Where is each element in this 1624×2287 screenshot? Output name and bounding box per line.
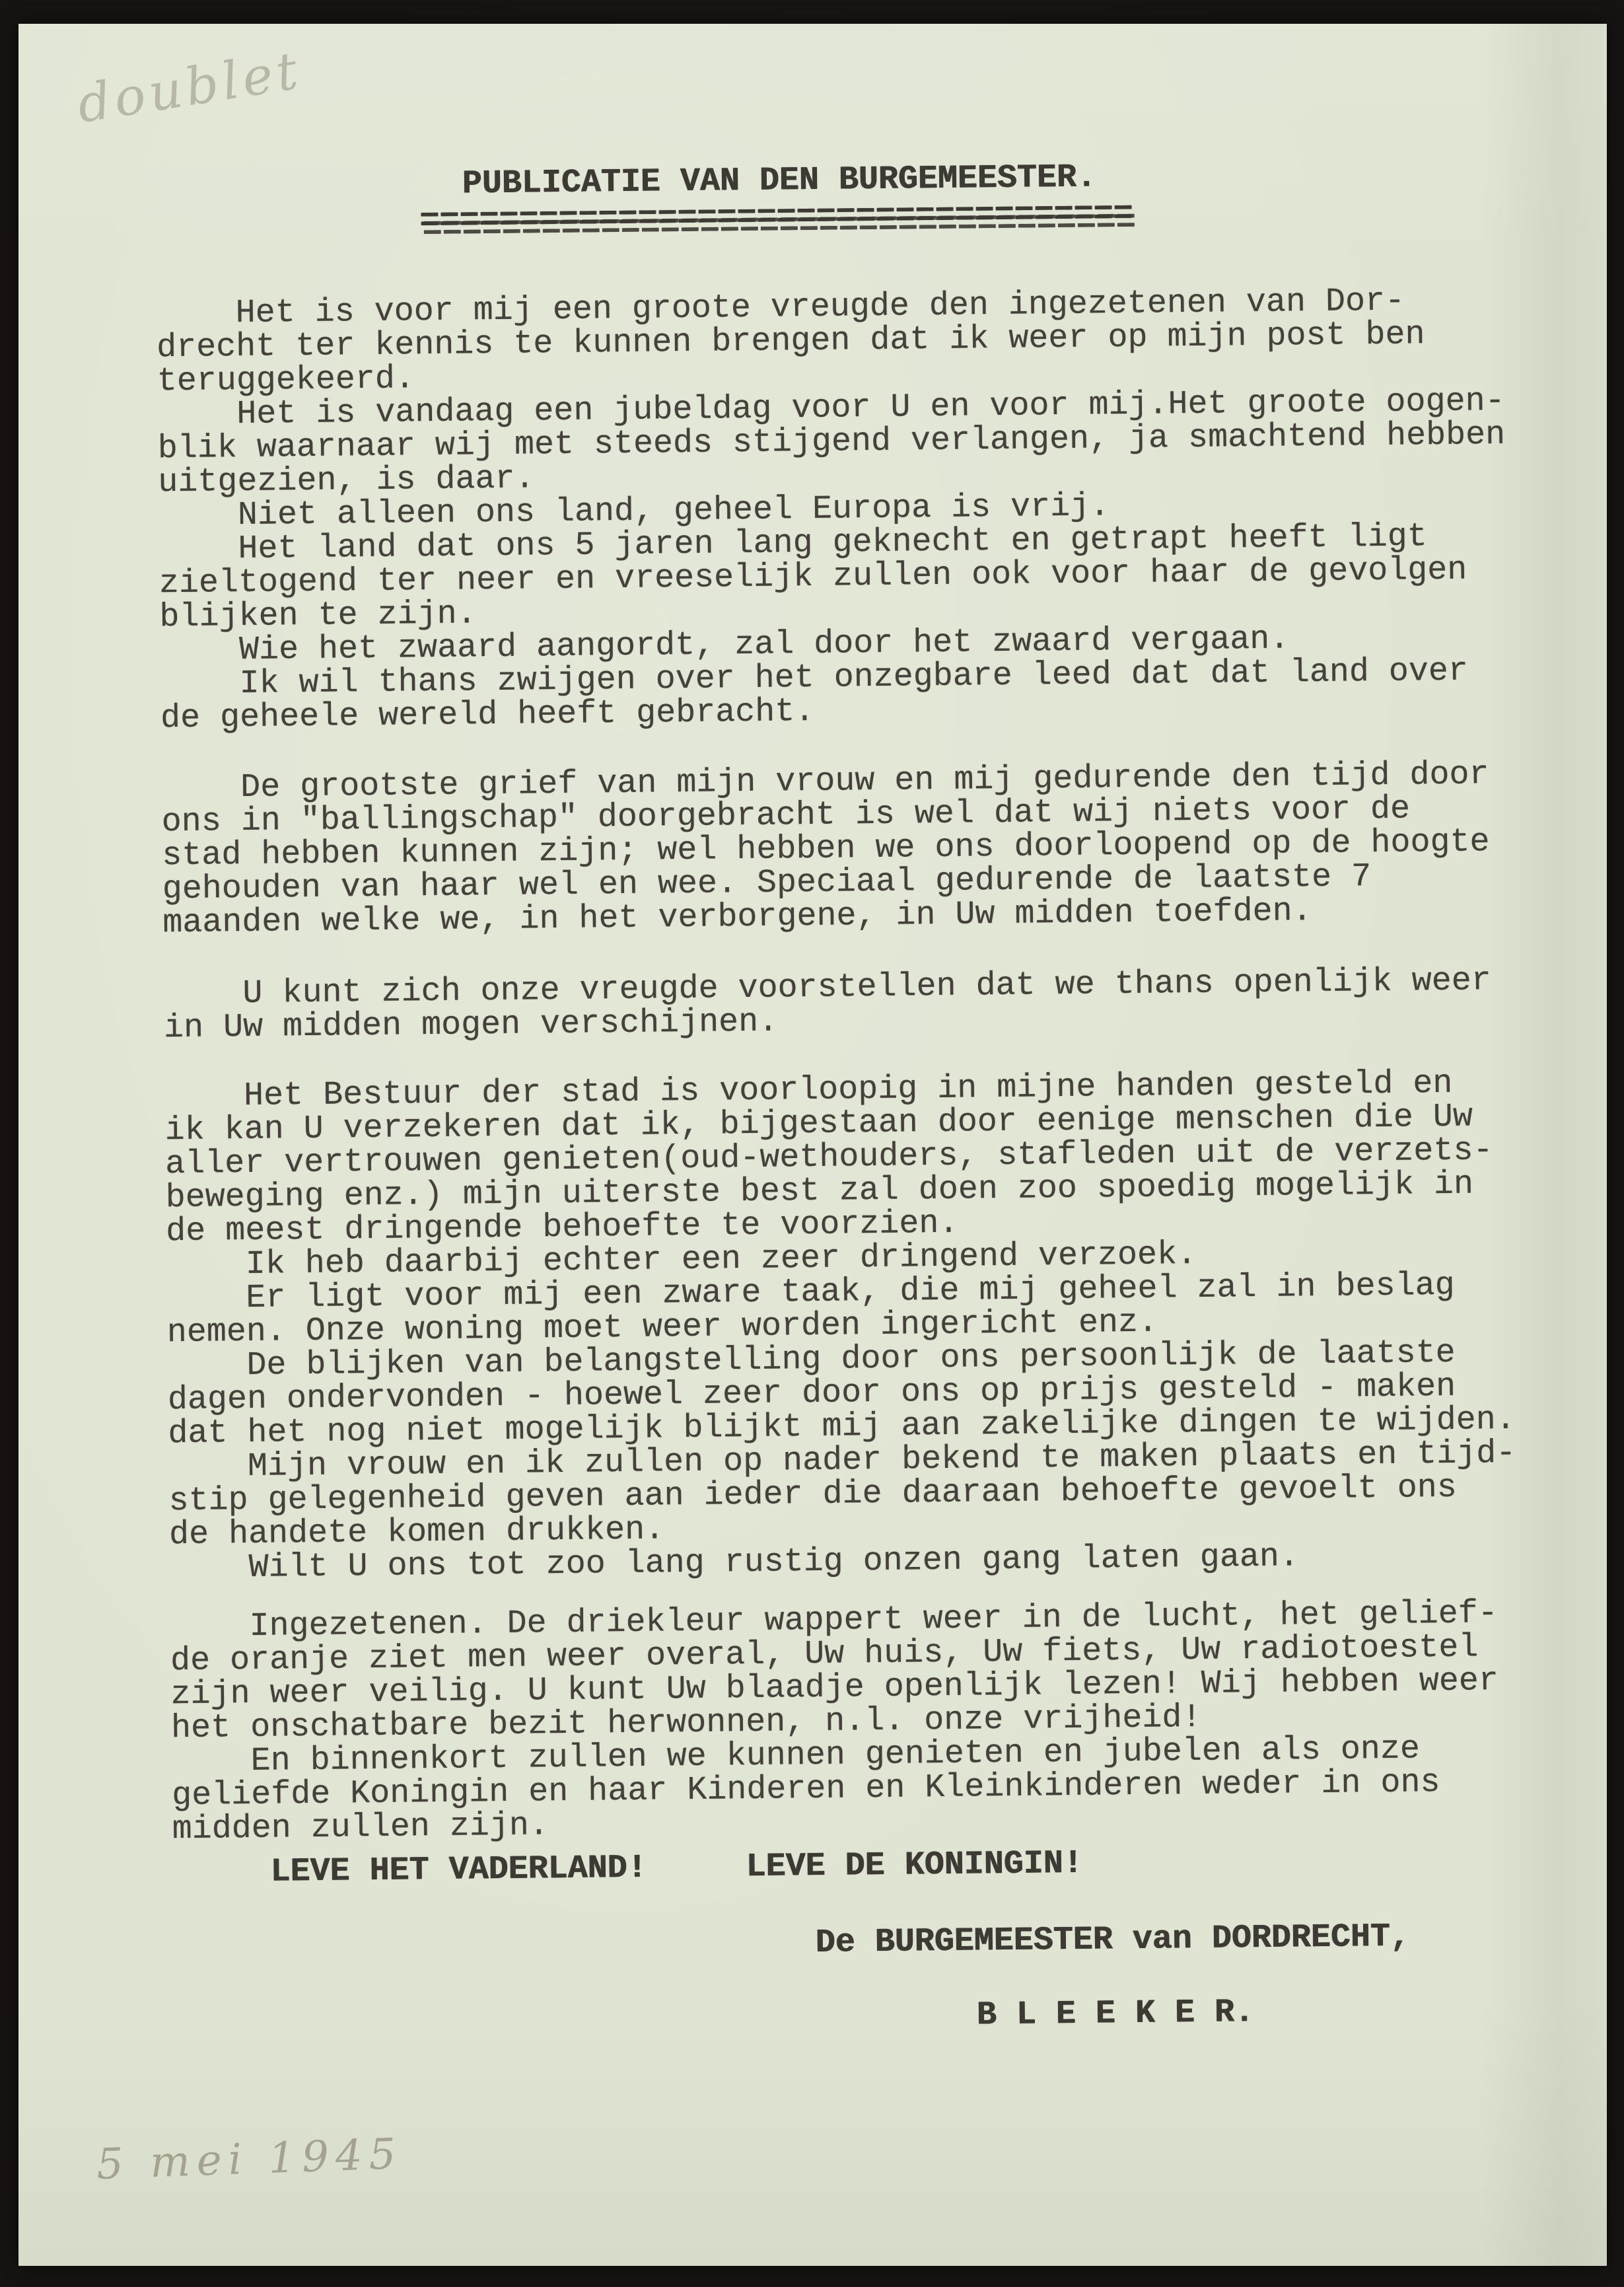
- separator-row-echo: ====================================: [422, 206, 1136, 247]
- paragraph-opening: Het is voor mij een groote vreugde den i…: [156, 283, 1508, 735]
- paragraph-grief: De grootste grief van mijn vrouw en mij …: [161, 758, 1491, 940]
- paragraph-bestuur: Het Bestuur der stad is voorloopig in mi…: [164, 1066, 1517, 1585]
- scanned-document-page: PUBLICATIE VAN DEN BURGEMEESTER. =======…: [0, 0, 1624, 2287]
- paper-sheet: PUBLICATIE VAN DEN BURGEMEESTER. =======…: [18, 24, 1607, 2266]
- signature-role-line: De BURGEMEESTER van DORDRECHT,: [815, 1920, 1410, 1960]
- typewritten-layer: PUBLICATIE VAN DEN BURGEMEESTER. =======…: [7, 15, 1618, 2274]
- paragraph-vreugde: U kunt zich onze vreugde voorstellen dat…: [163, 964, 1491, 1045]
- document-title: PUBLICATIE VAN DEN BURGEMEESTER.: [462, 161, 1096, 201]
- paragraph-ingezetenen: Ingezetenen. De driekleur wappert weer i…: [170, 1597, 1500, 1846]
- title-separator: ==================================== ===…: [419, 198, 1133, 238]
- slogans-line: LEVE HET VADERLAND! LEVE DE KONINGIN!: [270, 1847, 1083, 1889]
- signature-name-line: B L E E K E R.: [977, 1996, 1255, 2032]
